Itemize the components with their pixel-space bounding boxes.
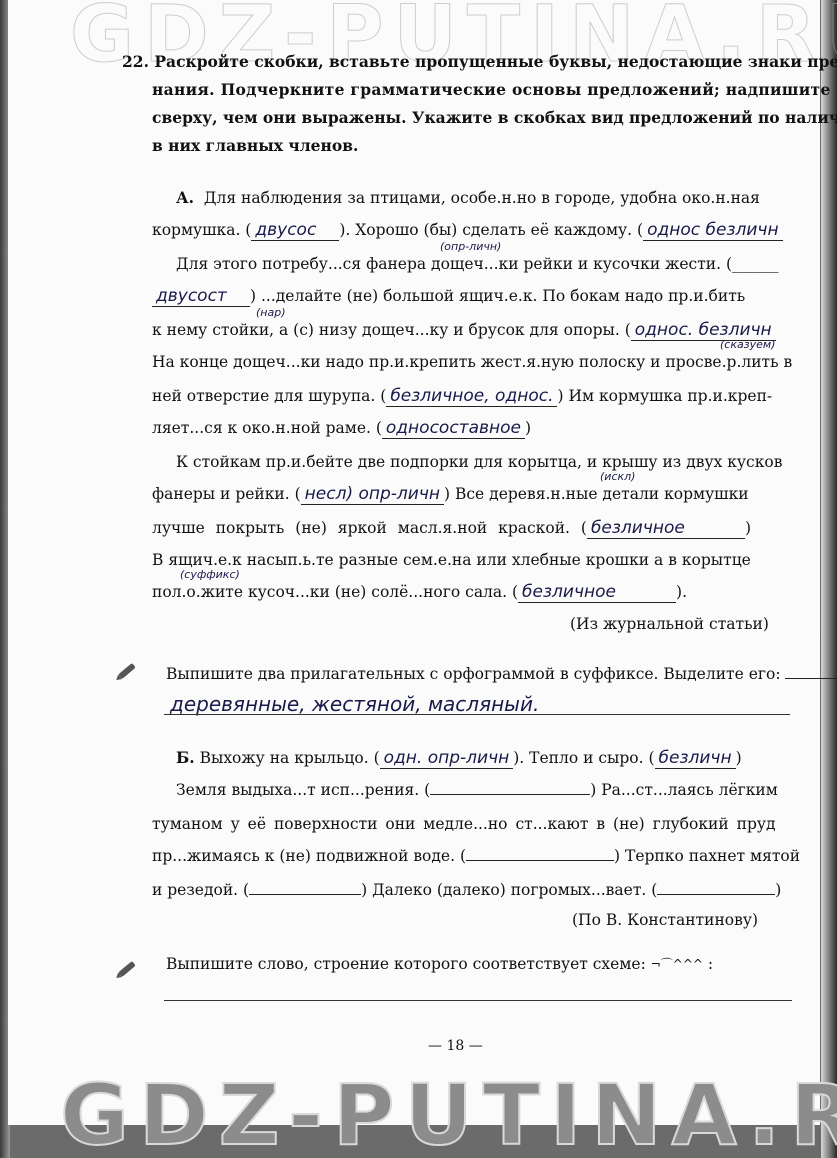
task-instruction-line-1: 22. Раскройте скобки, вставьте пропущенн…	[122, 52, 837, 72]
task-instruction-line-4: в них главных членов.	[152, 136, 358, 156]
part-a-line-7: ней отверстие для шурупа. (безличное, од…	[152, 386, 772, 407]
part-a-line-3: Для этого потребу...ся фанера дощеч...ки…	[176, 254, 779, 274]
part-a-source: (Из журнальной статьи)	[570, 614, 769, 634]
scheme-prompt: Выпишите слово, строение которого соотве…	[166, 954, 713, 974]
watermark-bottom: GDZ-PUTINA.RU	[60, 1066, 837, 1158]
part-b-label: Б.	[176, 748, 195, 767]
part-a-line-2: кормушка. (двусос). Хорошо (бы) сделать …	[152, 220, 783, 241]
part-a-line-13: пол.о.жите кусоч...ки (не) солё...ного с…	[152, 582, 687, 603]
handwritten-answer[interactable]: однос безличн	[643, 220, 782, 241]
part-a-line-4: двусост) ...делайте (не) большой ящич.е.…	[152, 286, 745, 307]
answer-blank[interactable]	[249, 880, 361, 895]
part-a-label: А.	[176, 188, 194, 207]
part-a-line-12: В ящич.е.к насып.ь.те разные сем.е.на ил…	[152, 550, 751, 570]
task-instruction-line-3: сверху, чем они выражены. Укажите в скоб…	[152, 108, 837, 128]
answer-blank[interactable]	[657, 880, 775, 895]
adjectives-prompt: Выпишите два прилагательных с орфограммо…	[166, 664, 837, 684]
part-b-line-5: и резедой. () Далеко (далеко) погромых..…	[152, 880, 781, 900]
part-a-line-8: ляет...ся к око.н.ной раме. (односоставн…	[152, 418, 531, 439]
part-a-line-11: лучше покрыть (не) яркой масл.я.ной крас…	[152, 518, 751, 539]
part-b-source: (По В. Константинову)	[572, 910, 758, 930]
part-b-line-4: пр...жимаясь к (не) подвижной воде. () Т…	[152, 846, 800, 866]
morpheme-scheme-icon: ¬⌒^^^	[651, 954, 703, 974]
handwritten-answer[interactable]: двусос	[251, 220, 339, 241]
handwritten-answer[interactable]: безличное, однос.	[386, 386, 557, 407]
handwritten-annotation: (опр-личн)	[440, 240, 501, 253]
page-number: — 18 —	[428, 1036, 483, 1056]
handwritten-annotation: (сказуем)	[720, 338, 775, 351]
scan-edge-right	[821, 0, 837, 1158]
handwritten-annotation: (нар)	[256, 306, 286, 319]
answer-line	[164, 714, 790, 715]
scheme-answer-line[interactable]	[164, 1000, 792, 1001]
part-b-line-3: туманом у её поверхности они медле...но …	[152, 814, 776, 834]
handwritten-answer[interactable]: односоставное	[382, 418, 525, 439]
handwritten-answer[interactable]: двусост	[152, 286, 250, 307]
part-b-line-2: Земля выдыха...т исп...рения. () Ра...ст…	[176, 780, 778, 800]
part-a-line-9: К стойкам пр.и.бейте две подпорки для ко…	[176, 452, 782, 472]
handwritten-answer[interactable]: безличн	[655, 748, 736, 769]
answer-blank[interactable]	[466, 846, 614, 861]
handwritten-answer[interactable]: безличное	[587, 518, 745, 539]
handwritten-answer[interactable]: несл) опр-личн	[301, 484, 444, 505]
part-b-line-1: Б. Выхожу на крыльцо. (одн. опр-личн). Т…	[176, 748, 742, 769]
part-a-line-5: к нему стойки, а (с) низу дощеч...ку и б…	[152, 320, 776, 341]
answer-blank[interactable]	[430, 780, 590, 795]
handwritten-annotation: (суффикс)	[180, 568, 240, 581]
adjectives-answer[interactable]: деревянные, жестяной, масляный.	[166, 694, 543, 716]
part-a-line-6: На конце дощеч...ки надо пр.и.крепить же…	[152, 352, 792, 372]
task-number: 22.	[122, 52, 149, 71]
task-instruction-line-2: нания. Подчеркните грамматические основы…	[152, 80, 831, 100]
part-a-line-10: фанеры и рейки. (несл) опр-личн) Все дер…	[152, 484, 749, 505]
handwritten-answer[interactable]: безличное	[518, 582, 676, 603]
part-a-line-1: А. Для наблюдения за птицами, особе.н.но…	[176, 188, 760, 208]
handwritten-answer[interactable]: одн. опр-личн	[380, 748, 514, 769]
handwritten-annotation: (искл)	[600, 470, 635, 483]
